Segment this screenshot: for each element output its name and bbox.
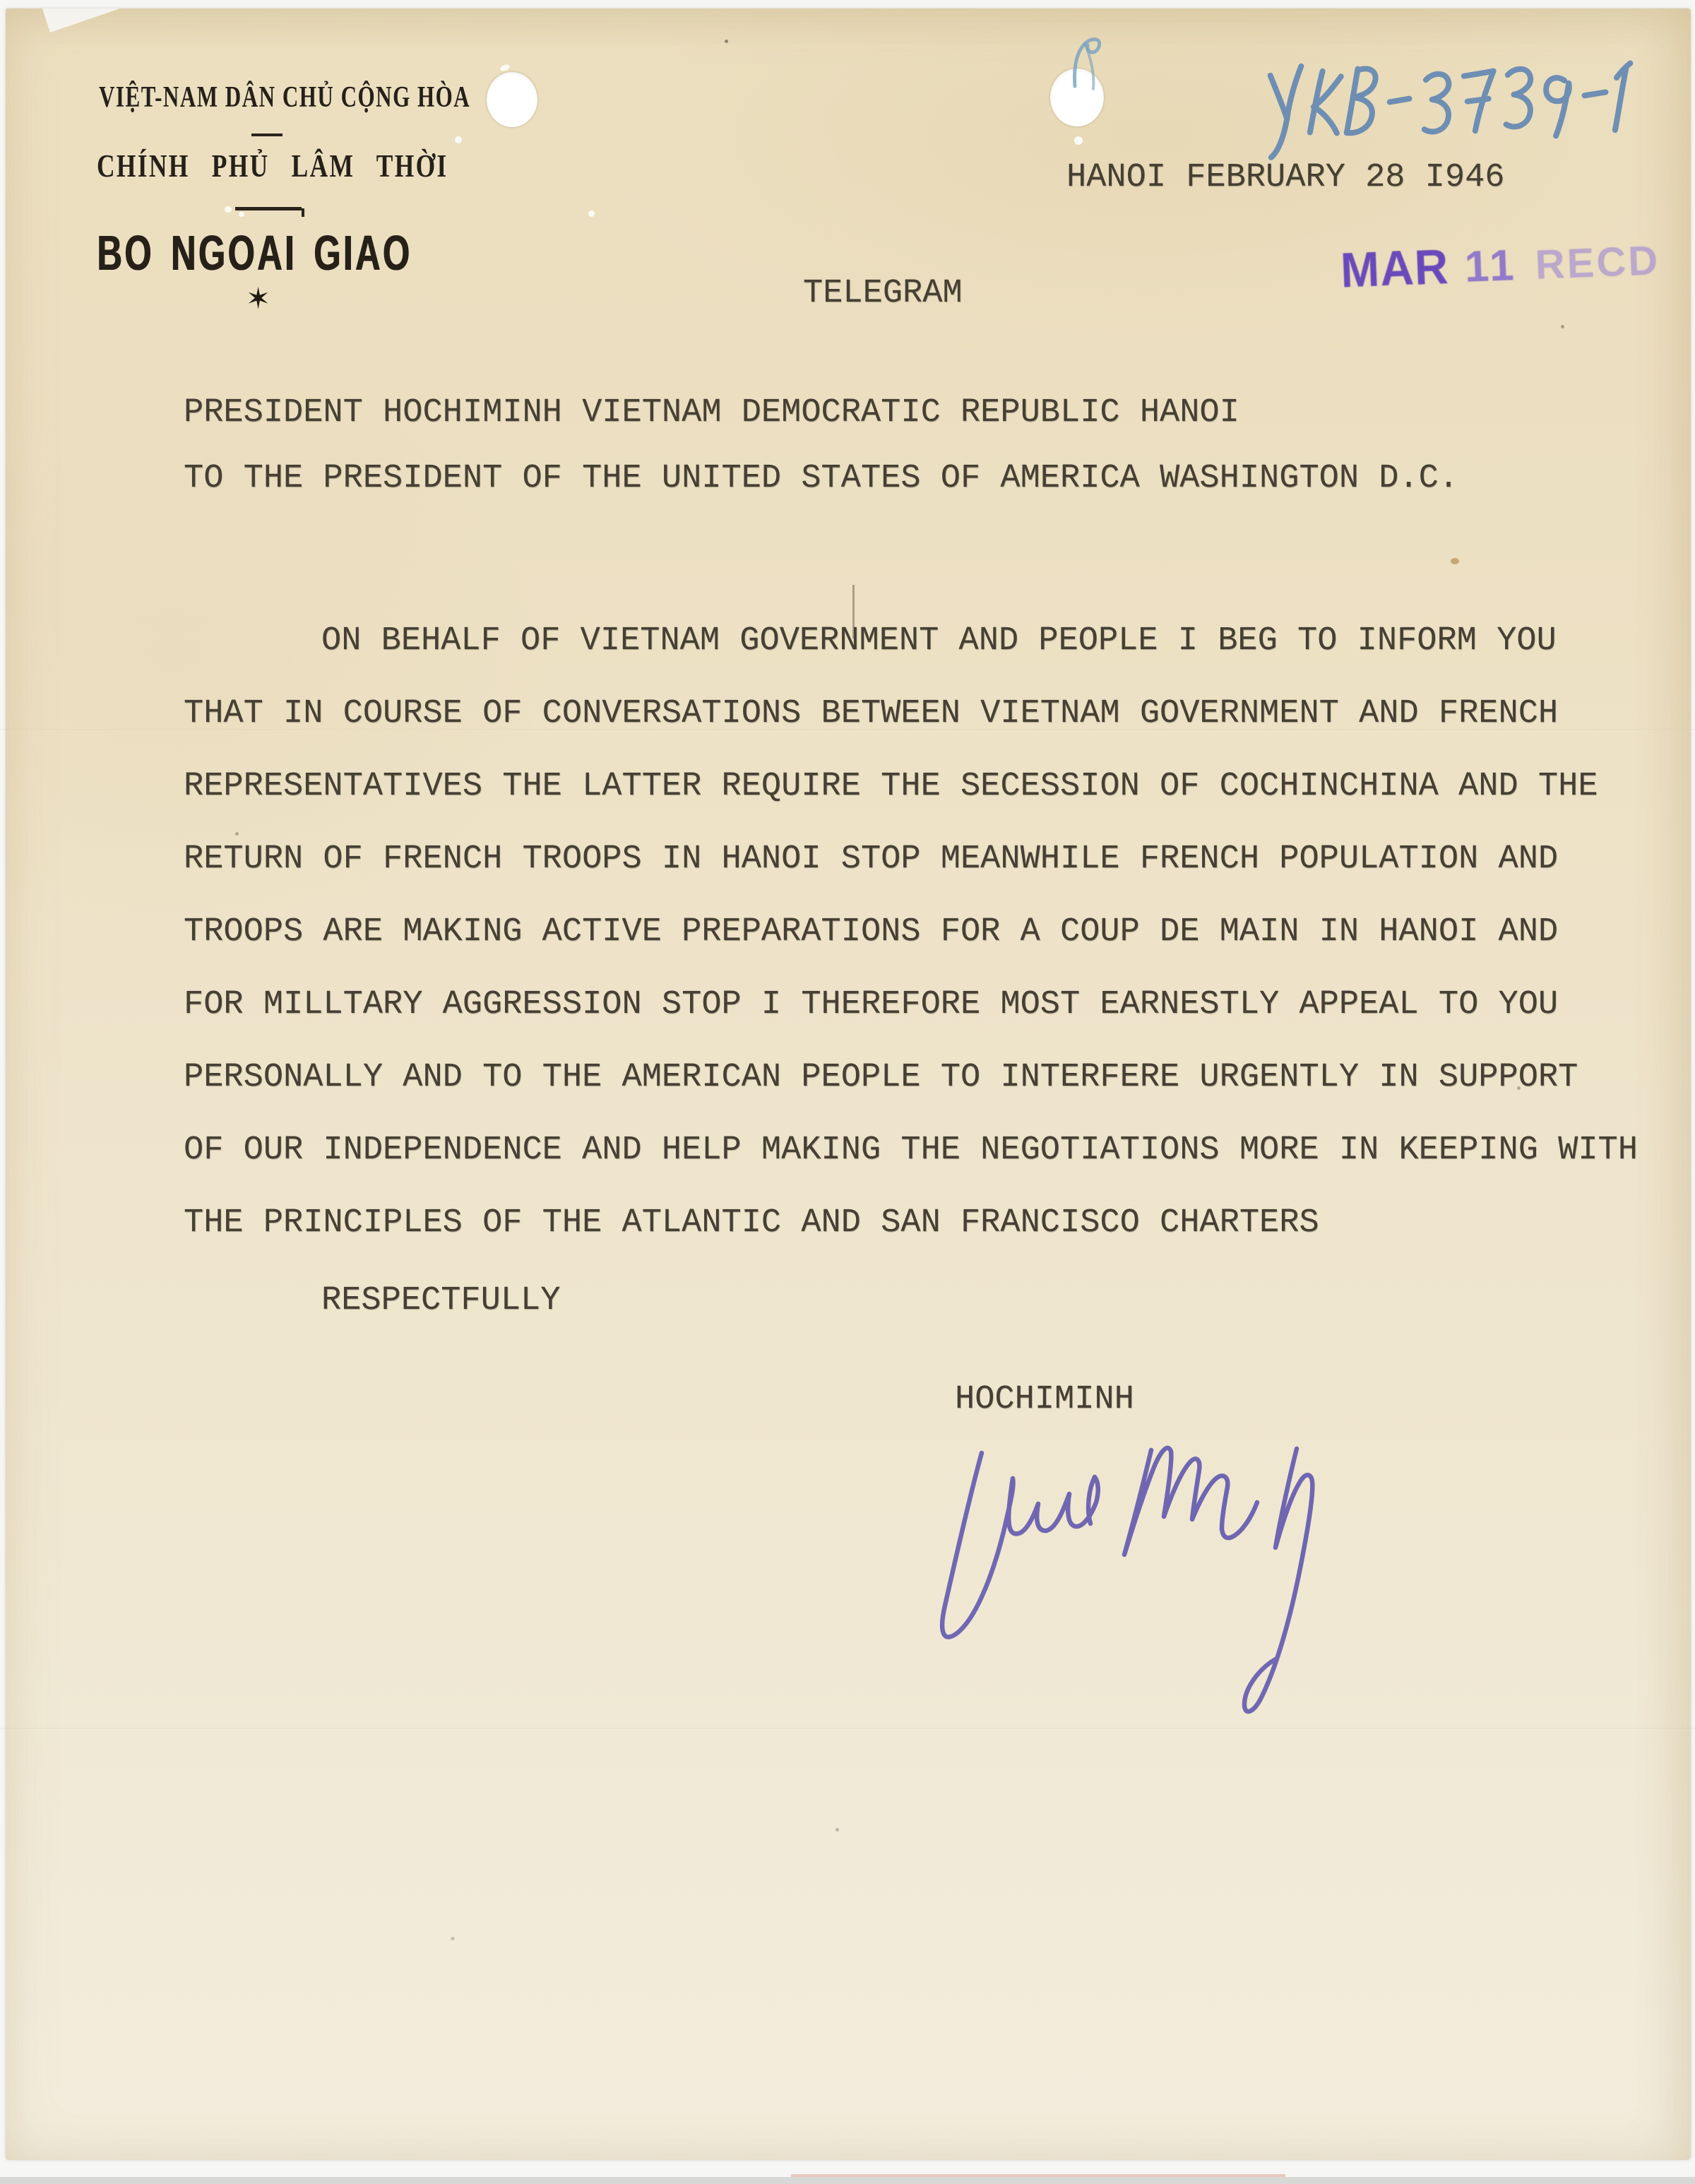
scan-backing-strip — [0, 2177, 1695, 2184]
body-line: RETURN OF FRENCH TROOPS IN HANOI STOP ME… — [184, 843, 1558, 876]
recipient-line: TO THE PRESIDENT OF THE UNITED STATES OF… — [184, 462, 1458, 495]
ink-speck — [1517, 1086, 1521, 1090]
paper-speck — [455, 136, 462, 143]
hochiminh-signature — [918, 1423, 1384, 1727]
letterhead-star-icon: ✶ — [246, 281, 270, 316]
letterhead-divider-dash — [251, 133, 282, 136]
ink-speck — [725, 40, 728, 43]
body-line: THAT IN COURSE OF CONVERSATIONS BETWEEN … — [184, 697, 1558, 730]
dateline: HANOI FEBRUARY 28 I946 — [1066, 161, 1505, 194]
stamp-month: MAR — [1340, 238, 1450, 299]
fold-crease — [0, 729, 1695, 731]
body-line: TROOPS ARE MAKING ACTIVE PREPARATIONS FO… — [184, 915, 1558, 949]
typed-signature: HOCHIMINH — [955, 1383, 1134, 1416]
file-number-annotation — [1257, 50, 1655, 167]
body-line: THE PRINCIPLES OF THE ATLANTIC AND SAN F… — [184, 1206, 1319, 1240]
paper-speck — [225, 206, 232, 213]
letterhead-government: CHÍNH PHỦ LÂM THỜI — [97, 147, 553, 184]
stain-speck — [1451, 558, 1459, 564]
letterhead-underline — [235, 207, 302, 210]
body-line: ON BEHALF OF VIETNAM GOVERNMENT AND PEOP… — [321, 624, 1557, 658]
paper-speck — [588, 210, 595, 217]
body-line: REPRESENTATIVES THE LATTER REQUIRE THE S… — [184, 770, 1598, 803]
pencil-tick-mark — [852, 585, 855, 639]
document-title: TELEGRAM — [803, 277, 963, 310]
ink-speck — [1561, 325, 1564, 328]
scanned-telegram-page: VIỆT-NAM DÂN CHỦ CỘNG HÒA CHÍNH PHỦ LÂM … — [0, 0, 1695, 2184]
body-line: FOR MILLTARY AGGRESSION STOP I THEREFORE… — [184, 988, 1558, 1021]
ink-speck — [835, 1828, 839, 1832]
body-line: PERSONALLY AND TO THE AMERICAN PEOPLE TO… — [184, 1061, 1578, 1094]
paper-speck — [239, 212, 244, 217]
closing-line: RESPECTFULLY — [321, 1284, 560, 1317]
body-line: OF OUR INDEPENDENCE AND HELP MAKING THE … — [184, 1134, 1638, 1167]
pencil-squiggle-mark — [1058, 20, 1126, 102]
recipient-line: PRESIDENT HOCHIMINH VIETNAM DEMOCRATIC R… — [184, 396, 1239, 429]
stamp-day: 11 — [1464, 241, 1518, 292]
letterhead-ministry: BO NGOAI GIAO — [97, 225, 547, 281]
ink-speck — [235, 832, 239, 836]
ink-speck — [451, 1937, 455, 1940]
paper-speck — [1074, 136, 1083, 145]
fold-crease — [0, 1728, 1695, 1730]
punch-hole-left — [487, 72, 537, 127]
stamp-status: RECD — [1535, 237, 1661, 288]
